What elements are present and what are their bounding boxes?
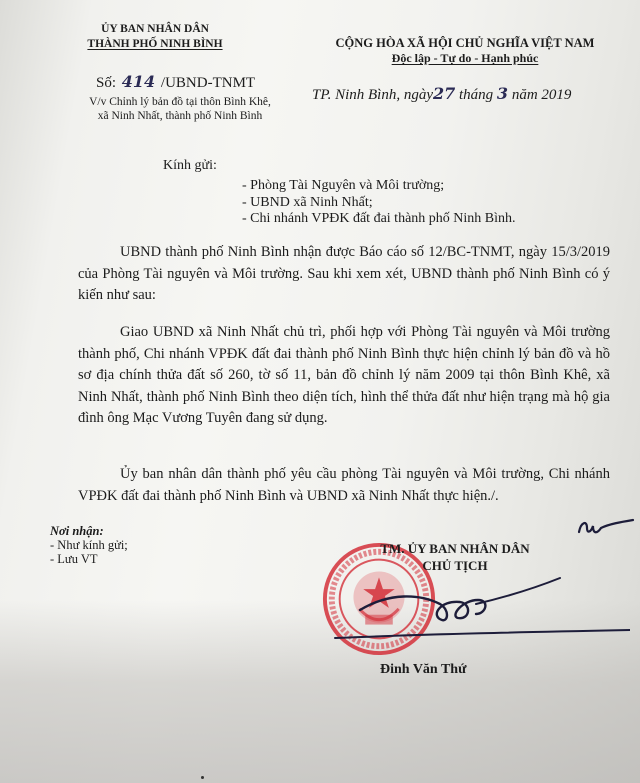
distribution-list: Nơi nhận: - Như kính gửi; - Lưu VT bbox=[50, 524, 128, 566]
document-number: Số: 414 /UBND-TNMT bbox=[96, 72, 255, 92]
date-month: 3 bbox=[497, 84, 508, 103]
document-number-suffix: /UBND-TNMT bbox=[161, 75, 255, 91]
issuing-authority-line1: ỦY BAN NHÂN DÂN bbox=[80, 22, 230, 37]
motto: Độc lập - Tự do - Hạnh phúc bbox=[300, 51, 630, 66]
handwritten-signature-icon bbox=[330, 570, 630, 650]
national-title: CỘNG HÒA XÃ HỘI CHỦ NGHĨA VIỆT NAM bbox=[300, 36, 630, 51]
document-number-handwritten: 414 bbox=[122, 72, 155, 91]
paper-speck bbox=[201, 776, 204, 779]
subject-line2: xã Ninh Nhất, thành phố Ninh Bình bbox=[75, 109, 285, 123]
issuing-authority-line2: THÀNH PHỐ NINH BÌNH bbox=[80, 37, 230, 52]
signer-name: Đinh Văn Thứ bbox=[380, 662, 467, 678]
date-year: năm 2019 bbox=[512, 87, 572, 103]
recipient-item: - Phòng Tài Nguyên và Môi trường; bbox=[242, 178, 516, 195]
issuing-authority: ỦY BAN NHÂN DÂN THÀNH PHỐ NINH BÌNH bbox=[80, 22, 230, 52]
date-day: 27 bbox=[433, 84, 455, 103]
subject-line1: V/v Chỉnh lý bản đồ tại thôn Bình Khê, bbox=[75, 95, 285, 109]
document-subject: V/v Chỉnh lý bản đồ tại thôn Bình Khê, x… bbox=[75, 95, 285, 123]
recipient-list: - Phòng Tài Nguyên và Môi trường; - UBND… bbox=[242, 178, 516, 228]
distribution-title: Nơi nhận: bbox=[50, 524, 128, 538]
national-motto: CỘNG HÒA XÃ HỘI CHỦ NGHĨA VIỆT NAM Độc l… bbox=[300, 36, 630, 66]
date-month-label: tháng bbox=[459, 87, 493, 103]
body-paragraph-2: Giao UBND xã Ninh Nhất chủ trì, phối hợp… bbox=[78, 322, 610, 430]
salutation: Kính gửi: bbox=[163, 158, 217, 174]
signature-org: TM. ỦY BAN NHÂN DÂN bbox=[350, 540, 560, 557]
handwritten-initial-icon bbox=[575, 512, 635, 540]
body-paragraph-1: UBND thành phố Ninh Bình nhận được Báo c… bbox=[78, 242, 610, 307]
distribution-item: - Như kính gửi; bbox=[50, 538, 128, 552]
document-number-prefix: Số: bbox=[96, 75, 116, 91]
document-date: TP. Ninh Bình, ngày27 tháng 3 năm 2019 bbox=[312, 84, 571, 104]
recipient-item: - UBND xã Ninh Nhất; bbox=[242, 195, 516, 212]
signature-authority: TM. ỦY BAN NHÂN DÂN CHỦ TỊCH bbox=[350, 540, 560, 574]
date-prefix: TP. Ninh Bình, ngày bbox=[312, 87, 433, 103]
distribution-item: - Lưu VT bbox=[50, 552, 128, 566]
recipient-item: - Chi nhánh VPĐK đất đai thành phố Ninh … bbox=[242, 211, 516, 228]
body-paragraph-3: Ủy ban nhân dân thành phố yêu cầu phòng … bbox=[78, 464, 610, 507]
